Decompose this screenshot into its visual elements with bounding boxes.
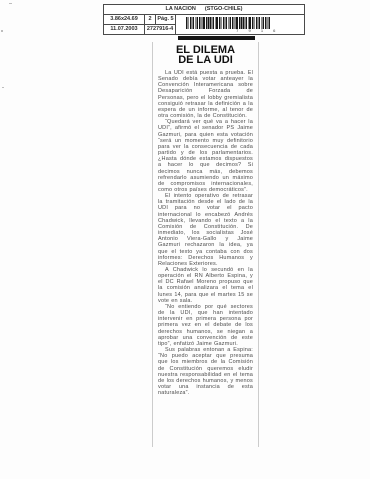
scan-page: LA NACION(STGO-CHILE) 3.86x24.69 2 Pág. …: [0, 0, 370, 479]
scan-speck: [1, 30, 3, 32]
article-clipping: EL DILEMA DE LA UDI La UDI está puesta a…: [152, 42, 259, 447]
barcode-cell: 7 9 1 6: [176, 15, 305, 35]
clipping-header-table: LA NACION(STGO-CHILE) 3.86x24.69 2 Pág. …: [103, 4, 305, 35]
article-headline: EL DILEMA DE LA UDI: [158, 45, 253, 65]
clip-columns: 2: [145, 15, 156, 25]
article-paragraph: La UDI está puesta a prueba. El Senado d…: [158, 70, 253, 119]
article-body: La UDI está puesta a prueba. El Senado d…: [158, 70, 253, 396]
clip-dimensions: 3.86x24.69: [104, 15, 145, 25]
article-paragraph: “No entiendo por qué sectores de la UDI,…: [158, 304, 253, 347]
headline-rule: [178, 36, 255, 40]
article-paragraph: A Chadwick lo secundó en la operación el…: [158, 267, 253, 304]
newspaper-title-cell: LA NACION(STGO-CHILE): [104, 5, 305, 15]
scan-speck: [2, 87, 4, 88]
newspaper-city: (STGO-CHILE): [205, 6, 243, 12]
clip-id: 2727916-4: [145, 25, 176, 35]
scan-speck: [9, 3, 12, 4]
article-paragraph: El intento operativo de retrasar la tram…: [158, 193, 253, 267]
clip-page: Pág. 5: [156, 15, 176, 25]
article-paragraph: “Quedará ver qué va a hacer la UDI”, afi…: [158, 119, 253, 193]
headline-line-2: DE LA UDI: [178, 54, 233, 66]
newspaper-name: LA NACION: [166, 6, 196, 12]
article-paragraph: Sus palabras entonan a Espina: “No puedo…: [158, 347, 253, 396]
clip-date: 11.07.2003: [104, 25, 145, 35]
barcode-digits: 7 9 1 6: [212, 29, 304, 33]
